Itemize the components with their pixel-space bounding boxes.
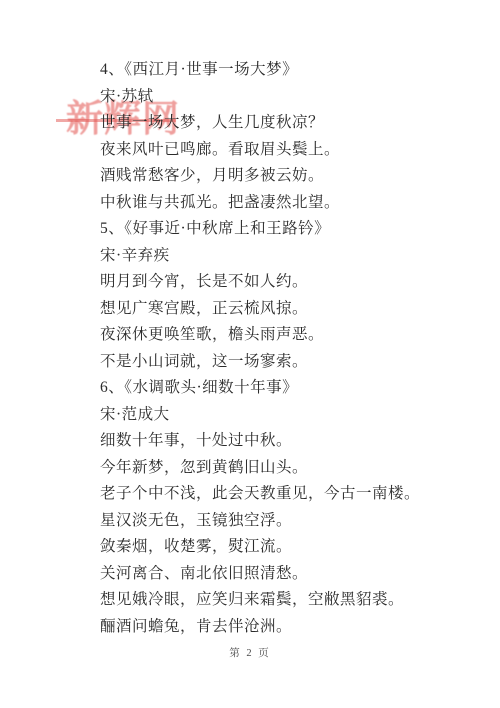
poem-verse: 世事一场大梦，人生几度秋凉？ [100, 110, 470, 137]
poem-title: 4、《西江月·世事一场大梦》 [100, 57, 470, 84]
poem-title: 5、《好事近·中秋席上和王路钤》 [100, 216, 470, 243]
poem-verse: 酾酒问蟾兔，肯去伴沧洲。 [100, 614, 470, 641]
poem-title: 6、《水调歌头·细数十年事》 [100, 375, 470, 402]
document-page: 新辉网 4、《西江月·世事一场大梦》 宋·苏轼 世事一场大梦，人生几度秋凉？ 夜… [0, 0, 500, 708]
poem-verse: 今年新梦，忽到黄鹤旧山头。 [100, 455, 470, 482]
poem-author: 宋·辛弃疾 [100, 243, 470, 270]
poem-verse: 关河离合、南北依旧照清愁。 [100, 561, 470, 588]
poem-verse: 星汉淡无色，玉镜独空浮。 [100, 508, 470, 535]
poem-verse: 细数十年事，十处过中秋。 [100, 428, 470, 455]
poem-author: 宋·苏轼 [100, 84, 470, 111]
poem-verse: 想见娥冷眼，应笑归来霜鬓，空敝黑貂裘。 [100, 587, 470, 614]
poem-verse: 酒贱常愁客少，月明多被云妨。 [100, 163, 470, 190]
poem-author: 宋·范成大 [100, 402, 470, 429]
poem-verse: 中秋谁与共孤光。把盏凄然北望。 [100, 190, 470, 217]
poem-verse: 不是小山词就，这一场寥索。 [100, 349, 470, 376]
poem-verse: 明月到今宵，长是不如人约。 [100, 269, 470, 296]
poem-verse: 敛秦烟，收楚雾，熨江流。 [100, 534, 470, 561]
poem-verse: 老子个中不浅，此会天教重见，今古一南楼。 [100, 481, 470, 508]
poem-verse: 夜来风叶已鸣廊。看取眉头鬓上。 [100, 137, 470, 164]
document-body: 4、《西江月·世事一场大梦》 宋·苏轼 世事一场大梦，人生几度秋凉？ 夜来风叶已… [100, 57, 470, 640]
page-number: 第 2 页 [0, 645, 500, 660]
poem-verse: 夜深休更唤笙歌，檐头雨声恶。 [100, 322, 470, 349]
poem-verse: 想见广寒宫殿，正云梳风掠。 [100, 296, 470, 323]
